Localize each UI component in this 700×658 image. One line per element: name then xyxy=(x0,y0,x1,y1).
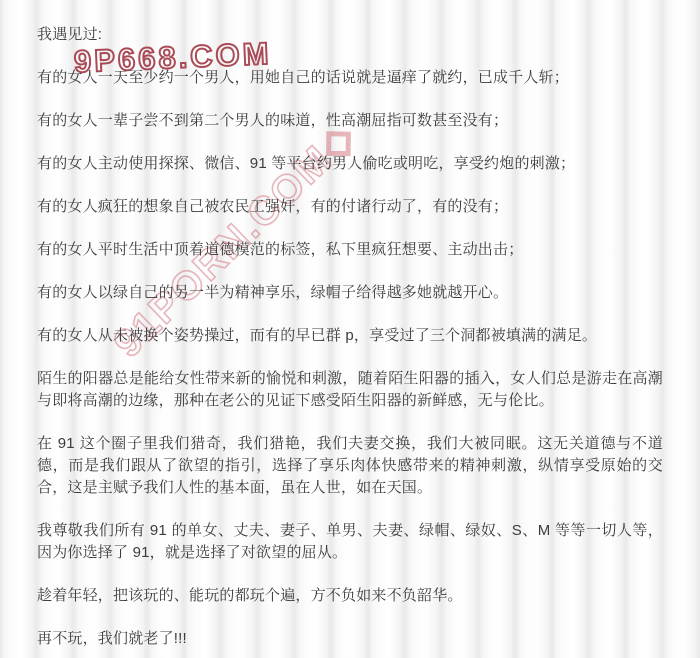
paragraph: 有的女人主动使用探探、微信、91 等平台约男人偷吃或明吃，享受约炮的刺激； xyxy=(37,153,663,175)
paragraph: 有的女人平时生活中顶着道德模范的标签，私下里疯狂想要、主动出击； xyxy=(37,239,663,261)
article-body: 我遇见过: 有的女人一天至少约一个男人，用她自己的话说就是逼痒了就约，已成千人斩… xyxy=(0,0,700,650)
paragraph: 有的女人一天至少约一个男人，用她自己的话说就是逼痒了就约，已成千人斩； xyxy=(37,67,663,89)
paragraph: 有的女人疯狂的想象自己被农民工强奸，有的付诸行动了，有的没有； xyxy=(37,196,663,218)
paragraph: 有的女人从未被换个姿势操过，而有的早已群 p，享受过了三个洞都被填满的满足。 xyxy=(37,325,663,347)
page-background: 91PORN.COM◇ 9P668.COM 我遇见过: 有的女人一天至少约一个男… xyxy=(0,0,700,658)
paragraph: 趁着年轻，把该玩的、能玩的都玩个遍，方不负如来不负韶华。 xyxy=(37,585,663,607)
paragraph: 在 91 这个圈子里我们猎奇，我们猎艳，我们夫妻交换，我们大被同眠。这无关道德与… xyxy=(37,433,663,499)
paragraph: 有的女人以绿自己的另一半为精神享乐，绿帽子给得越多她就越开心。 xyxy=(37,282,663,304)
paragraph: 有的女人一辈子尝不到第二个男人的味道，性高潮屈指可数甚至没有； xyxy=(37,110,663,132)
paragraph: 再不玩，我们就老了!!! xyxy=(37,628,663,650)
paragraph: 陌生的阳器总是能给女性带来新的愉悦和刺激，随着陌生阳器的插入，女人们总是游走在高… xyxy=(37,368,663,412)
paragraph: 我遇见过: xyxy=(37,24,663,46)
paragraph: 我尊敬我们所有 91 的单女、丈夫、妻子、单男、夫妻、绿帽、绿奴、S、M 等等一… xyxy=(37,520,663,564)
